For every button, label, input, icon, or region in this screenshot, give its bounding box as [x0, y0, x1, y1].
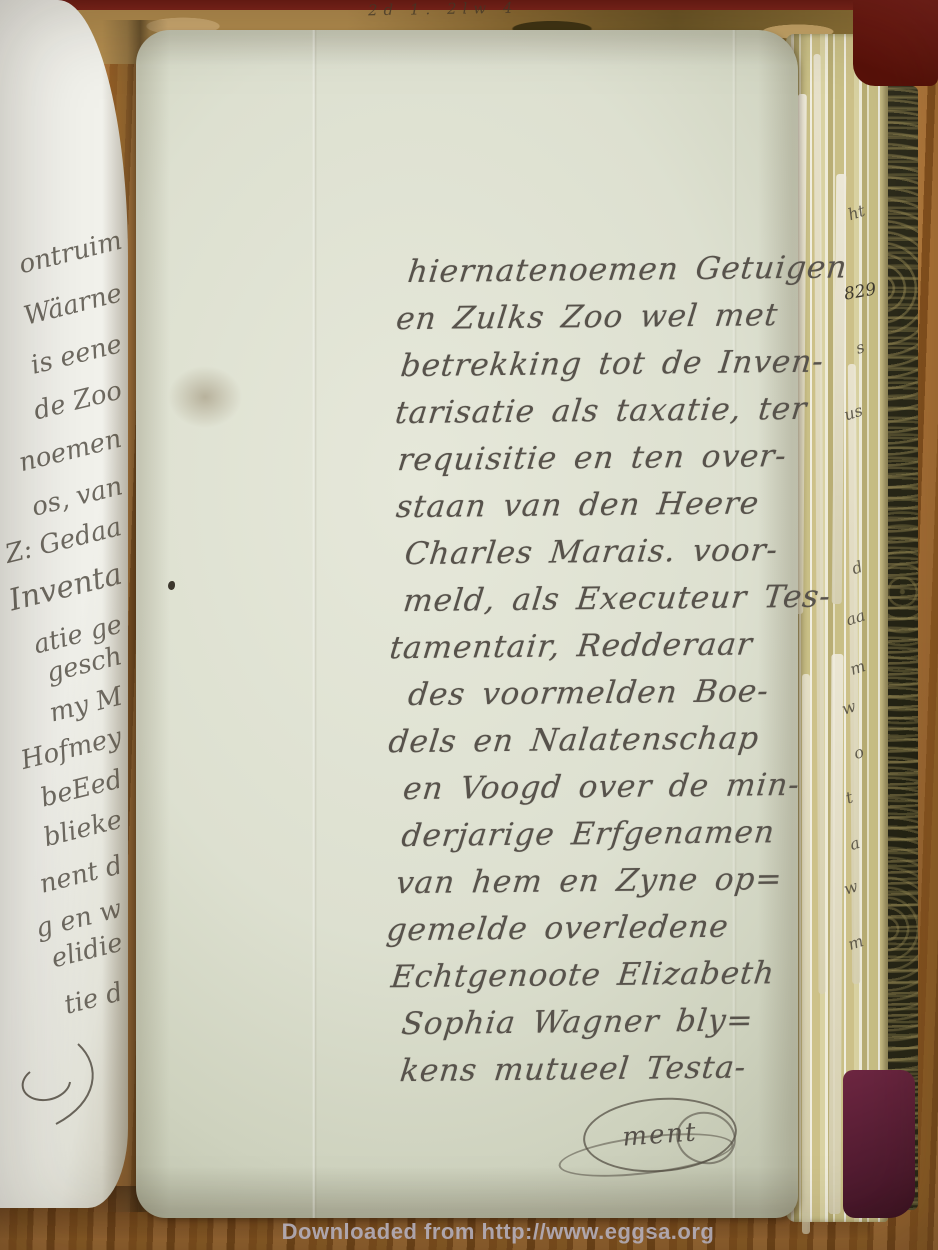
manuscript-line: dels en Nalatenschap	[386, 715, 813, 766]
manuscript-line: tarisatie als taxatie, ter	[393, 386, 810, 437]
top-edge-scribble: 2d 1. 2lw 4	[368, 0, 519, 19]
manuscript-line: gemelde overledene	[384, 903, 815, 955]
edge-text-fragment: ht	[845, 201, 867, 224]
manuscript-line: Echtgenoote Elizabeth	[389, 950, 816, 1001]
manuscript-line: hiernatenoemen Getuigen	[405, 245, 808, 296]
page-number: 829	[843, 279, 878, 304]
edge-text-fragment: a	[847, 833, 862, 854]
manuscript-line: tamentair, Redderaar	[387, 621, 812, 672]
edge-text-fragment: us	[842, 401, 865, 425]
manuscript-line: van hem en Zyne op=	[394, 856, 815, 907]
watermark: Downloaded from http://www.eggsa.org	[0, 1219, 938, 1245]
edge-text-fragment: s	[853, 337, 867, 358]
manuscript-line: en Zulks Zoo wel met	[394, 292, 809, 343]
manuscript-text-block: hiernatenoemen Getuigen en Zulks Zoo wel…	[392, 245, 815, 1095]
manuscript-line: Charles Marais. voor-	[402, 527, 811, 578]
leather-cover-corner	[843, 1070, 915, 1218]
manuscript-line: staan van den Heere	[394, 480, 811, 531]
page-edge-strip	[832, 174, 847, 604]
manuscript-line: Sophia Wagner bly=	[399, 997, 816, 1048]
edge-text-fragment: aa	[844, 606, 868, 630]
manuscript-line: betrekking tot de Inven-	[398, 339, 809, 390]
manuscript-line: derjarige Erfgenamen	[399, 809, 814, 860]
edge-text-fragment: m	[845, 931, 865, 954]
manuscript-line: meld, als Executeur Tes-	[401, 574, 812, 625]
page-edge-strip	[829, 654, 844, 1214]
page-stain	[168, 366, 242, 428]
cover-corner-top-right	[853, 0, 938, 86]
manuscript-line: en Voogd over de min-	[401, 762, 814, 813]
manuscript-line: des voormelden Boe-	[406, 668, 813, 719]
page-fold-crease	[312, 30, 317, 1218]
ink-blot	[168, 581, 175, 590]
book-photo: { "colors": { "wood_table": "#a9712f", "…	[0, 0, 938, 1250]
manuscript-line: kens mutueel Testa-	[398, 1044, 817, 1095]
signature-flourish	[0, 1040, 100, 1130]
manuscript-line: requisitie en ten over-	[395, 433, 810, 484]
page-edge-strip	[814, 54, 826, 994]
